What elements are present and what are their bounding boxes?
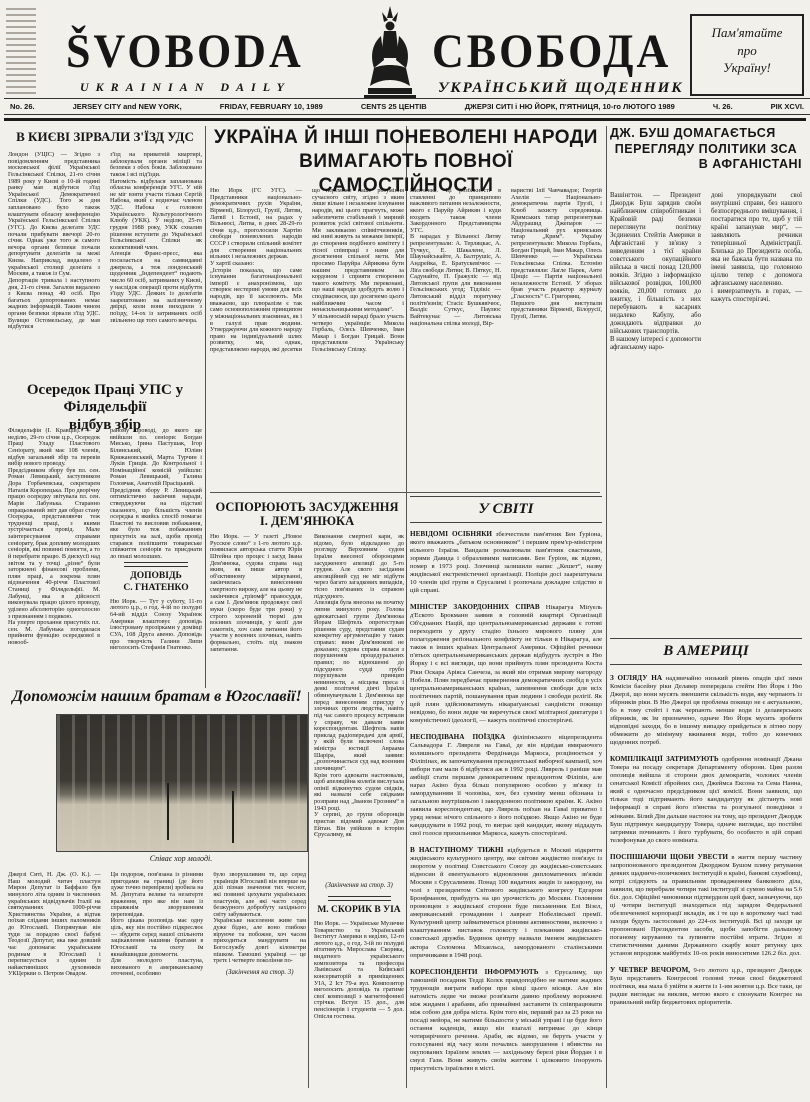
news-item-text: відбудеться в Москві відкриття жидівсько… (410, 847, 602, 958)
trident-figure-icon (358, 6, 422, 100)
article-ukraina-cols12: Ню Йорк (ГС УГС). — Представники націона… (210, 188, 404, 488)
news-item-lead: НЕВІДОМІ ОСІБНЯКИ (410, 530, 492, 538)
article-yugoslavia-col3: було зворушливим те, що серед українців … (213, 872, 306, 1094)
news-item-text: одобрення номінації Джана Товера на поса… (610, 756, 802, 843)
news-item-lead: У ЧЕТВЕР ВЕЧОРОМ, (610, 966, 690, 974)
microphone-stand (232, 791, 234, 843)
masthead-title-cyrillic: СВОБОДА (432, 24, 671, 79)
article-ukraina-col4: варистві Ілії Чавчавадзе; Георгій Ахелія… (511, 188, 602, 488)
article-kyiv-col1: Лондон (УЦІС) — Згідно з повідомленням п… (8, 152, 100, 376)
news-item: КОРЕСПОНДЕНТИ ІНФОРМУЮТЬ з Єрусалиму, що… (410, 968, 602, 1073)
article-dopovid-text: Ню Йорк. — Тут у суботу, 11-го лютого ц.… (110, 599, 202, 652)
divider-rule (124, 562, 188, 567)
column-rule (406, 126, 407, 1088)
news-item-lead: З ОГЛЯДУ НА (610, 674, 662, 682)
news-item: НЕСПОДІВАНА ПОЇЗДКА філіпінського віцепр… (410, 733, 602, 838)
article-oseredok-col1: Філядельфія (І. Кравців). — У неділю, 29… (8, 428, 100, 678)
headline-demjanjuk-line2: І. ДЕМ'ЯНЮКА (210, 514, 404, 528)
masthead-subtitle-cyrillic: УКРАЇНСЬКИЙ ЩОДЕННИК (438, 80, 684, 97)
article-yugoslavia-col1: Джерзі Ситі, Н. Дж. (О. К.). — Наш молод… (8, 872, 101, 1094)
news-item-text: в життя першу частину запропонованого пр… (610, 854, 802, 957)
news-item-text: збезчестили пам'ятник Бен Ґуріона, якого… (410, 531, 602, 594)
news-item: З ОГЛЯДУ НА надзвичайно низький рівень о… (610, 674, 802, 747)
section-v-amerytsi-items: З ОГЛЯДУ НА надзвичайно низький рівень о… (610, 674, 802, 1094)
news-item: У ЧЕТВЕР ВЕЧОРОМ, 9-го лютого ц.р., през… (610, 966, 802, 1007)
headline-ukraina: УКРАЇНА Й ІНШІ ПОНЕВОЛЕНІ НАРОДИ ВИМАГАЮ… (210, 126, 602, 197)
city-english: JERSEY CITY and NEW YORK, (73, 102, 182, 111)
headline-ukraina-line1: УКРАЇНА Й ІНШІ ПОНЕВОЛЕНІ НАРОДИ (210, 126, 602, 150)
masthead-title-latin: ŠVOBODA (66, 24, 304, 79)
article-ukraina-col3: Шевченка. Ці розбіжності в ставленні до … (410, 188, 501, 488)
article-bush-col1: Вашінгтон. — Президент Джордж Буш заряди… (610, 192, 701, 632)
article-kyiv-body: Лондон (УЦІС) — Згідно з повідомленням п… (8, 152, 202, 376)
headline-oseredok-line1: Осередок Праці УПС у Філядельфії (8, 382, 202, 417)
price: CENTS 25 ЦЕНТІВ (361, 102, 427, 111)
headline-bush-line2: ПЕРЕГЛЯДУ ПОЛІТИКИ ЗСА (610, 142, 802, 158)
headline-skoryk: М. СКОРИК В УІА (314, 905, 404, 917)
headline-demjanjuk: ОСПОРЮЮТЬ ЗАСУДЖЕННЯ І. ДЕМ'ЯНЮКА (210, 500, 404, 529)
section-rule (210, 492, 600, 493)
mailing-stamp (6, 8, 36, 94)
article-skoryk: М. СКОРИК В УІА Ню Йорк. — Українське Му… (314, 892, 404, 1071)
article-demjanjuk-col1: Ню Йорк. — У газеті „Новое Русское слово… (210, 534, 302, 690)
news-item-lead: КОМПЛІКАЦІЇ ЗАТРИМУЮТЬ (610, 755, 719, 763)
article-ukraina-col1: Ню Йорк (ГС УГС). — Представники націона… (210, 188, 302, 488)
photo-caption: Співає хор молоді. (56, 854, 306, 863)
issue-number-right: Ч. 26. (713, 102, 733, 111)
masthead-subtitle-latin: UKRAINIAN DAILY (80, 80, 291, 95)
headline-dopovid: ДОПОВІДЬ С. ГНАТЕНКО (110, 571, 202, 595)
headline-demjanjuk-line1: ОСПОРЮЮТЬ ЗАСУДЖЕННЯ (210, 500, 404, 514)
news-item-lead: НЕСПОДІВАНА ПОЇЗДКА (410, 733, 505, 741)
headline-oseredok: Осередок Праці УПС у Філядельфії відбув … (8, 382, 202, 434)
news-item-text: з Єрусалиму, що тамошній посадник Тедді … (410, 969, 602, 1072)
article-kyiv-col2: з'їзд на приватній квартирі, заблокували… (110, 152, 202, 376)
headline-bush-line3: В АФГАНІСТАНІ (610, 157, 802, 173)
article-oseredok-col2-text: раному проводі, до якого ще ввійшли пл. … (110, 428, 202, 558)
news-item: КОМПЛІКАЦІЇ ЗАТРИМУЮТЬ одобрення номінац… (610, 755, 802, 844)
dateline-bar: No. 26. JERSEY CITY and NEW YORK, FRIDAY… (4, 98, 810, 115)
microphone-stand (167, 783, 169, 840)
news-item-text: філіпінського віцепрезидента Сальвадора … (410, 734, 602, 837)
article-yugoslavia-col2: Ця подорож, пов'язана із різними пригода… (111, 872, 204, 1094)
article-yugoslavia-body: Джерзі Ситі, Н. Дж. (О. К.). — Наш молод… (8, 872, 306, 1094)
news-item: НЕВІДОМІ ОСІБНЯКИ збезчестили пам'ятник … (410, 530, 602, 595)
article-ukraina-cols34: Шевченка. Ці розбіжності в ставленні до … (410, 188, 602, 488)
news-item-text: надзвичайно низький рівень опадів цієї з… (610, 675, 802, 746)
headline-bush: ДЖ. БУШ ДОМАГАЄТЬСЯ ПЕРЕГЛЯДУ ПОЛІТИКИ З… (610, 126, 802, 173)
date-english: FRIDAY, FEBRUARY 10, 1989 (220, 102, 323, 111)
section-u-sviti-items: НЕВІДОМІ ОСІБНЯКИ збезчестили пам'ятник … (410, 530, 602, 1088)
news-item-lead: В НАСТУПНОМУ ТИЖНІ (410, 846, 503, 854)
news-item: ПОСПІШАЮЧИ ЩОБИ УВЕСТИ в життя першу час… (610, 853, 802, 958)
newspaper-front-page: ŠVOBODA UKRAINIAN DAILY СВОБОДА УКРАЇНСЬ… (0, 0, 810, 1102)
news-item-lead: ПОСПІШАЮЧИ ЩОБИ УВЕСТИ (610, 853, 728, 861)
news-item-lead: КОРЕСПОНДЕНТИ ІНФОРМУЮТЬ (410, 968, 538, 976)
headline-bush-line1: ДЖ. БУШ ДОМАГАЄТЬСЯ (610, 126, 802, 142)
news-item-text: Нікарагуа Міґуель д'Еското Брокманн заяв… (410, 604, 602, 723)
article-bush-col2: дові упорядкувати свої внутрішні справи,… (711, 192, 802, 632)
column-rule (205, 126, 206, 688)
article-oseredok-col2: раному проводі, до якого ще ввійшли пл. … (110, 428, 202, 678)
article-ukraina-col2: що переможе наше розуміння сучасного сві… (312, 188, 404, 488)
masthead-rule (4, 118, 806, 121)
headline-yugoslavia: Допоможім нашим братам в Югославії! (8, 688, 306, 706)
article-yugoslavia-col3-text: було зворушливим те, що серед українців … (213, 872, 306, 965)
continuation-note: (Закінчення на стор. 3) (213, 969, 306, 976)
svoboda-emblem (358, 6, 422, 100)
continuation-note: (Закінчення на стор. 3) (314, 882, 404, 889)
section-header-u-sviti: У СВІТІ (410, 496, 602, 523)
news-item-lead: МІНІСТЕР ЗАКОРДОННИХ СПРАВ (410, 603, 540, 611)
column-rule (308, 692, 309, 1088)
volume-year: РІК XCVI. (771, 102, 804, 111)
column-rule (606, 126, 607, 1088)
article-bush-body: Вашінгтон. — Президент Джордж Буш заряди… (610, 192, 802, 632)
news-item: МІНІСТЕР ЗАКОРДОННИХ СПРАВ Нікарагуа Міґ… (410, 603, 602, 724)
section-header-v-amerytsi: В АМЕРИЦІ (610, 638, 802, 665)
article-skoryk-text: Ню Йорк. — Українське Музичне Товариство… (314, 921, 404, 1071)
article-oseredok-body: Філядельфія (І. Кравців). — У неділю, 29… (8, 428, 202, 678)
news-item: В НАСТУПНОМУ ТИЖНІ відбудеться в Москві … (410, 846, 602, 959)
city-ukrainian: ДЖЕРЗІ СИТІ і НЮ ЙОРК, П'ЯТНИЦЯ, 10-го Л… (465, 102, 675, 111)
choir-photo (56, 714, 308, 852)
headline-kyiv-uds: В КИЄВІ ЗІРВАЛИ З'ЇЗД УДС (8, 130, 202, 145)
remember-ukraine-box: Пам'ятайте про Україну! (690, 14, 804, 96)
article-demjanjuk-col2: Виконання смертної кари, як відомо, було… (314, 534, 404, 874)
divider-rule (328, 896, 391, 901)
issue-number-left: No. 26. (10, 102, 35, 111)
